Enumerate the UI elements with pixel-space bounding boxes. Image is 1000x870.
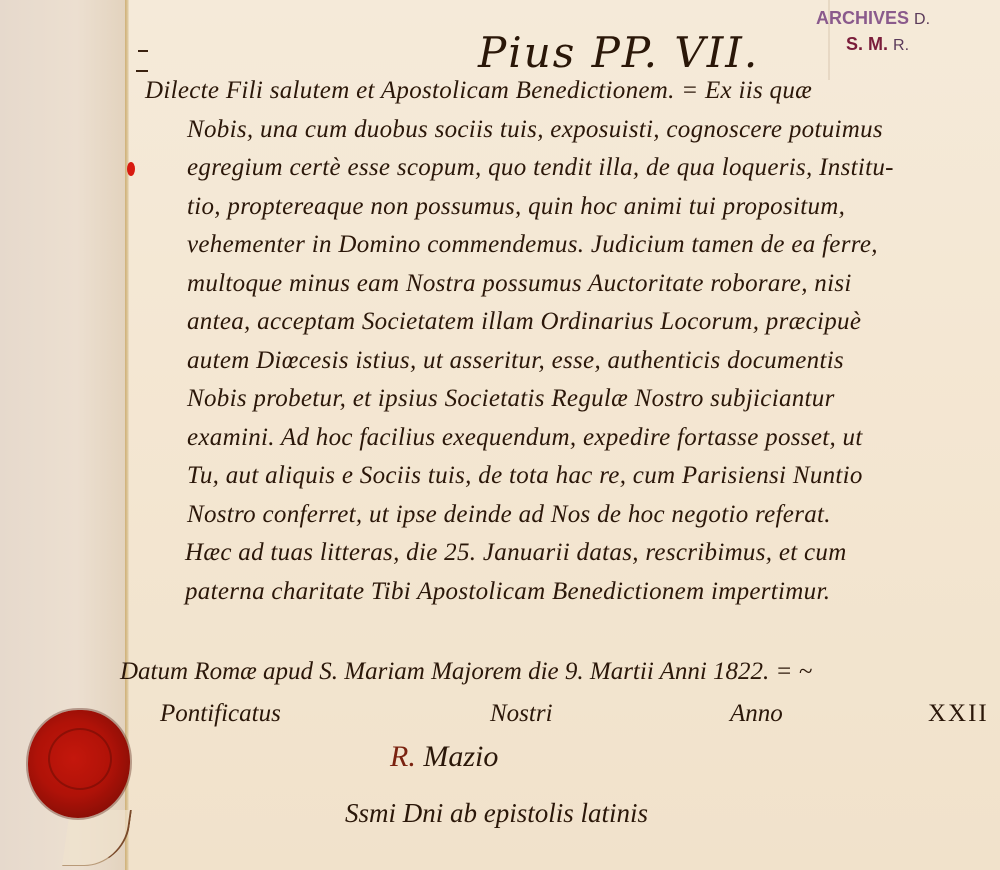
- body-line: vehementer in Domino commendemus. Judici…: [145, 226, 1000, 265]
- body-line: Hæc ad tuas litteras, die 25. Januarii d…: [145, 534, 1000, 573]
- body-line: antea, acceptam Societatem illam Ordinar…: [145, 303, 1000, 342]
- signature-initial: R.: [390, 740, 416, 773]
- pontificate-year: XXII: [928, 700, 989, 728]
- body-line: multoque minus eam Nostra possumus Aucto…: [145, 265, 1000, 304]
- red-wax-seal-icon: [28, 710, 130, 818]
- signature-title: Ssmi Dni ab epistolis latinis: [345, 798, 648, 829]
- body-line: tio, proptereaque non possumus, quin hoc…: [145, 188, 1000, 227]
- body-line: examini. Ad hoc facilius exequendum, exp…: [145, 419, 1000, 458]
- body-line: Dilecte Fili salutem et Apostolicam Bene…: [145, 72, 1000, 111]
- margin-mark: [138, 50, 148, 52]
- body-line: Tu, aut aliquis e Sociis tuis, de tota h…: [145, 457, 1000, 496]
- stamp-annotation-d: D.: [914, 11, 930, 28]
- stamp-line-sm: S. M.: [816, 34, 888, 54]
- body-line: Nobis, una cum duobus sociis tuis, expos…: [145, 111, 1000, 150]
- body-line: Nostro conferret, ut ipse deinde ad Nos …: [145, 496, 1000, 535]
- body-line: autem Diœcesis istius, ut asseritur, ess…: [145, 342, 1000, 381]
- letter-body: Dilecte Fili salutem et Apostolicam Bene…: [145, 72, 1000, 611]
- stamp-annotation-r: R.: [893, 37, 909, 54]
- signature: R. Mazio: [390, 740, 498, 774]
- anno-word: Anno: [730, 700, 783, 728]
- body-line: Nobis probetur, et ipsius Societatis Reg…: [145, 380, 1000, 419]
- pontificatus-word: Pontificatus: [160, 700, 281, 728]
- stamp-line-archives: ARCHIVES: [816, 8, 909, 28]
- red-wax-blot: [127, 162, 135, 176]
- signature-name: Mazio: [423, 740, 498, 773]
- body-line: paterna charitate Tibi Apostolicam Bened…: [145, 573, 1000, 612]
- body-line: egregium certè esse scopum, quo tendit i…: [145, 149, 1000, 188]
- seal-impression: [48, 728, 112, 790]
- letter-heading: Pius PP. VII.: [478, 28, 759, 77]
- nostri-word: Nostri: [490, 700, 553, 728]
- dated-line: Datum Romæ apud S. Mariam Majorem die 9.…: [120, 658, 812, 686]
- archive-stamp: ARCHIVES D. S. M. R.: [816, 6, 996, 58]
